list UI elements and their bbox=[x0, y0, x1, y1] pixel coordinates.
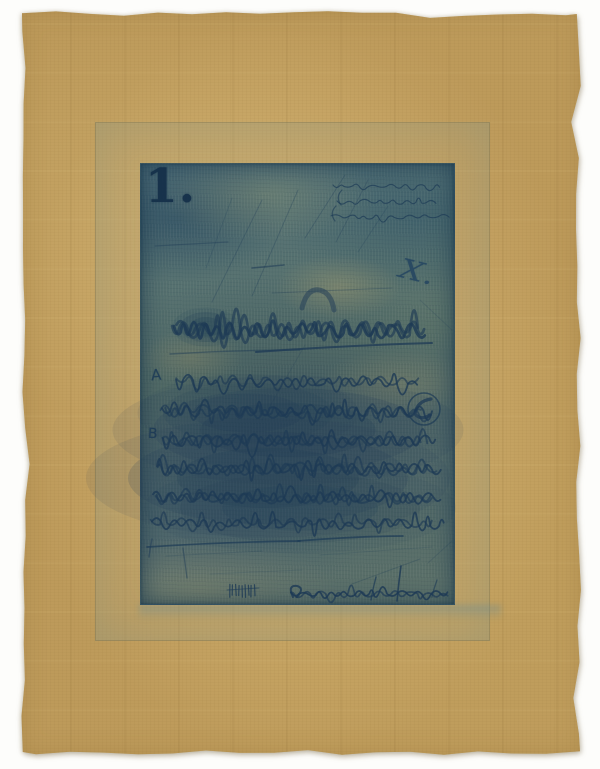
paper-shadow: 1. A B X. bbox=[18, 8, 584, 758]
marker-b: B bbox=[148, 426, 158, 442]
marker-a: A bbox=[150, 366, 161, 385]
x-mark: X. bbox=[396, 253, 437, 291]
paper-sheet: 1. A B X. bbox=[18, 8, 584, 758]
etched-plate-image: 1. A B X. bbox=[140, 163, 455, 605]
ink-smear-band bbox=[139, 605, 501, 620]
plate-number: 1. bbox=[145, 162, 196, 211]
artwork-photo: 1. A B X. bbox=[0, 0, 600, 769]
